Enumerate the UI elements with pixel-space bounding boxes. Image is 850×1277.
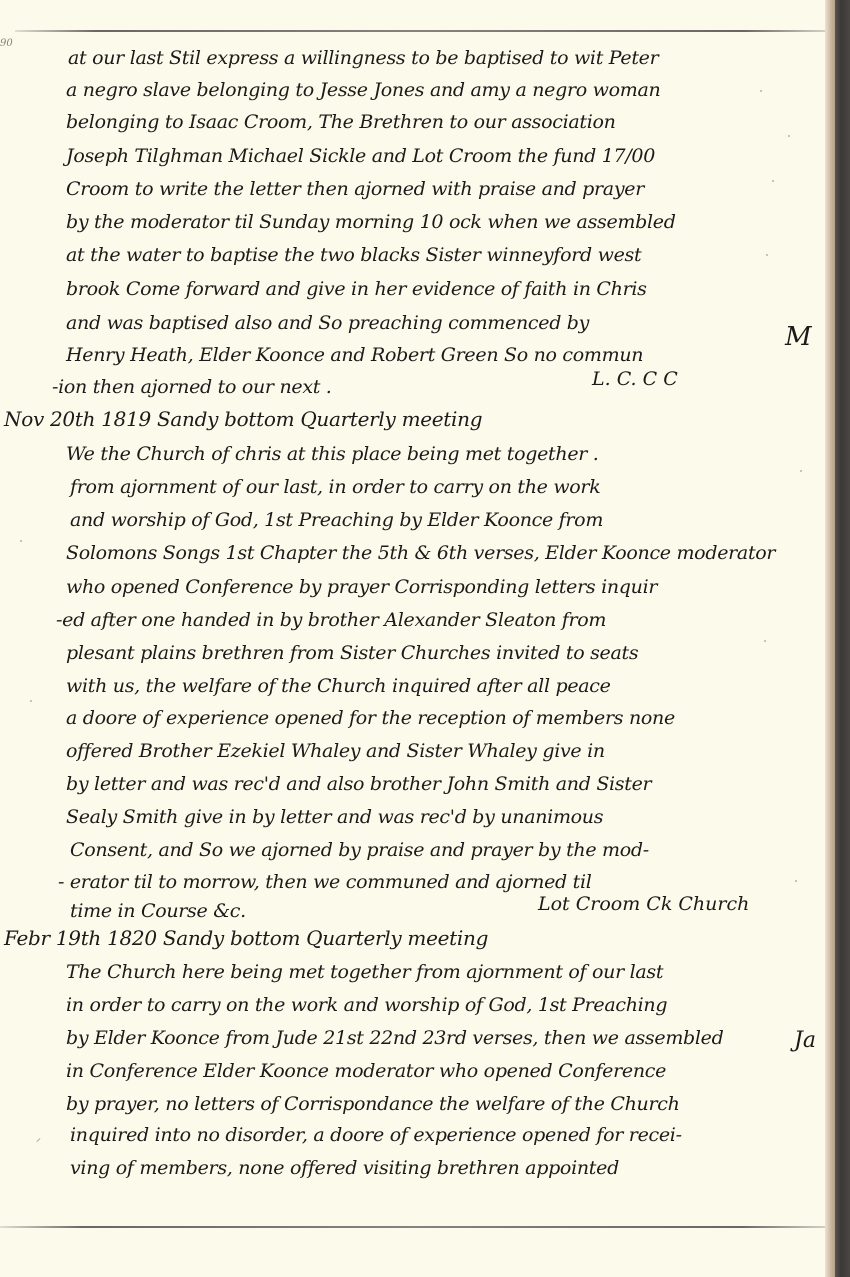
top-ruled-line: [15, 30, 825, 32]
page-corner-mark: 90: [0, 38, 13, 49]
text-line-7: at the water to baptise the two blacks S…: [66, 244, 641, 266]
text-line-21: a doore of experience opened for the rec…: [66, 707, 675, 729]
paper-speck: [30, 700, 32, 702]
paper-speck: [800, 470, 802, 472]
bottom-ruled-line: [0, 1226, 825, 1228]
text-line-31: by Elder Koonce from Jude 21st 22nd 23rd…: [66, 1027, 723, 1049]
text-line-4: Joseph Tilghman Michael Sickle and Lot C…: [66, 145, 655, 167]
text-line-10: Henry Heath, Elder Koonce and Robert Gre…: [66, 344, 643, 366]
text-line-30: in order to carry on the work and worshi…: [66, 994, 667, 1016]
text-line-29: The Church here being met together from …: [66, 961, 663, 983]
text-line-27: time in Course &c.: [70, 900, 246, 922]
text-line-5: Croom to write the letter then ajorned w…: [66, 178, 644, 200]
paper-speck: [766, 254, 768, 256]
text-line-2: a negro slave belonging to Jesse Jones a…: [66, 79, 660, 101]
manuscript-page: 90 at our last Stil express a willingnes…: [0, 0, 825, 1277]
text-line-8: brook Come forward and give in her evide…: [66, 278, 647, 300]
paper-speck: [772, 180, 774, 182]
text-line-25: Consent, and So we ajorned by praise and…: [70, 839, 649, 861]
margin-note-ja: Ja: [794, 1028, 816, 1053]
page-edge: [825, 0, 835, 1277]
text-line-35: ving of members, none offered visiting b…: [70, 1157, 619, 1179]
text-line-33: by prayer, no letters of Corrispondance …: [66, 1093, 680, 1115]
paper-speck: [788, 135, 790, 137]
signature-initials: L. C. C C: [592, 368, 678, 390]
margin-note-m: M: [785, 322, 812, 352]
paper-speck: [20, 540, 22, 542]
text-line-20: with us, the welfare of the Church inqui…: [66, 675, 611, 697]
text-line-3: belonging to Isaac Croom, The Brethren t…: [66, 111, 616, 133]
signature-lot-croom: Lot Croom Ck Church: [538, 893, 749, 915]
paper-speck: [760, 90, 762, 92]
paper-speck: [764, 640, 766, 642]
text-line-32: in Conference Elder Koonce moderator who…: [66, 1060, 666, 1082]
stray-ink-mark: ⸝: [36, 1130, 41, 1144]
text-line-24: Sealy Smith give in by letter and was re…: [66, 806, 603, 828]
text-line-22: offered Brother Ezekiel Whaley and Siste…: [66, 740, 605, 762]
text-line-6: by the moderator til Sunday morning 10 o…: [66, 211, 676, 233]
text-line-18: -ed after one handed in by brother Alexa…: [56, 609, 606, 631]
meeting-heading-feb-1820: Febr 19th 1820 Sandy bottom Quarterly me…: [4, 926, 488, 950]
book-spine: [835, 0, 850, 1277]
text-line-19: plesant plains brethren from Sister Chur…: [66, 642, 638, 664]
paper-speck: [795, 880, 797, 882]
text-line-15: and worship of God, 1st Preaching by Eld…: [70, 509, 603, 531]
text-line-16: Solomons Songs 1st Chapter the 5th & 6th…: [66, 542, 775, 564]
text-line-34: inquired into no disorder, a doore of ex…: [70, 1124, 682, 1146]
text-line-23: by letter and was rec'd and also brother…: [66, 773, 651, 795]
text-line-13: We the Church of chris at this place bei…: [66, 443, 599, 465]
text-line-17: who opened Conference by prayer Corrispo…: [66, 576, 657, 598]
text-line-1: at our last Stil express a willingness t…: [68, 47, 658, 69]
text-line-14: from ajornment of our last, in order to …: [70, 476, 600, 498]
text-line-11: -ion then ajorned to our next .: [52, 376, 332, 398]
text-line-26: - erator til to morrow, then we communed…: [58, 871, 592, 893]
text-line-9: and was baptised also and So preaching c…: [66, 312, 589, 334]
meeting-heading-nov-1819: Nov 20th 1819 Sandy bottom Quarterly mee…: [4, 407, 482, 431]
